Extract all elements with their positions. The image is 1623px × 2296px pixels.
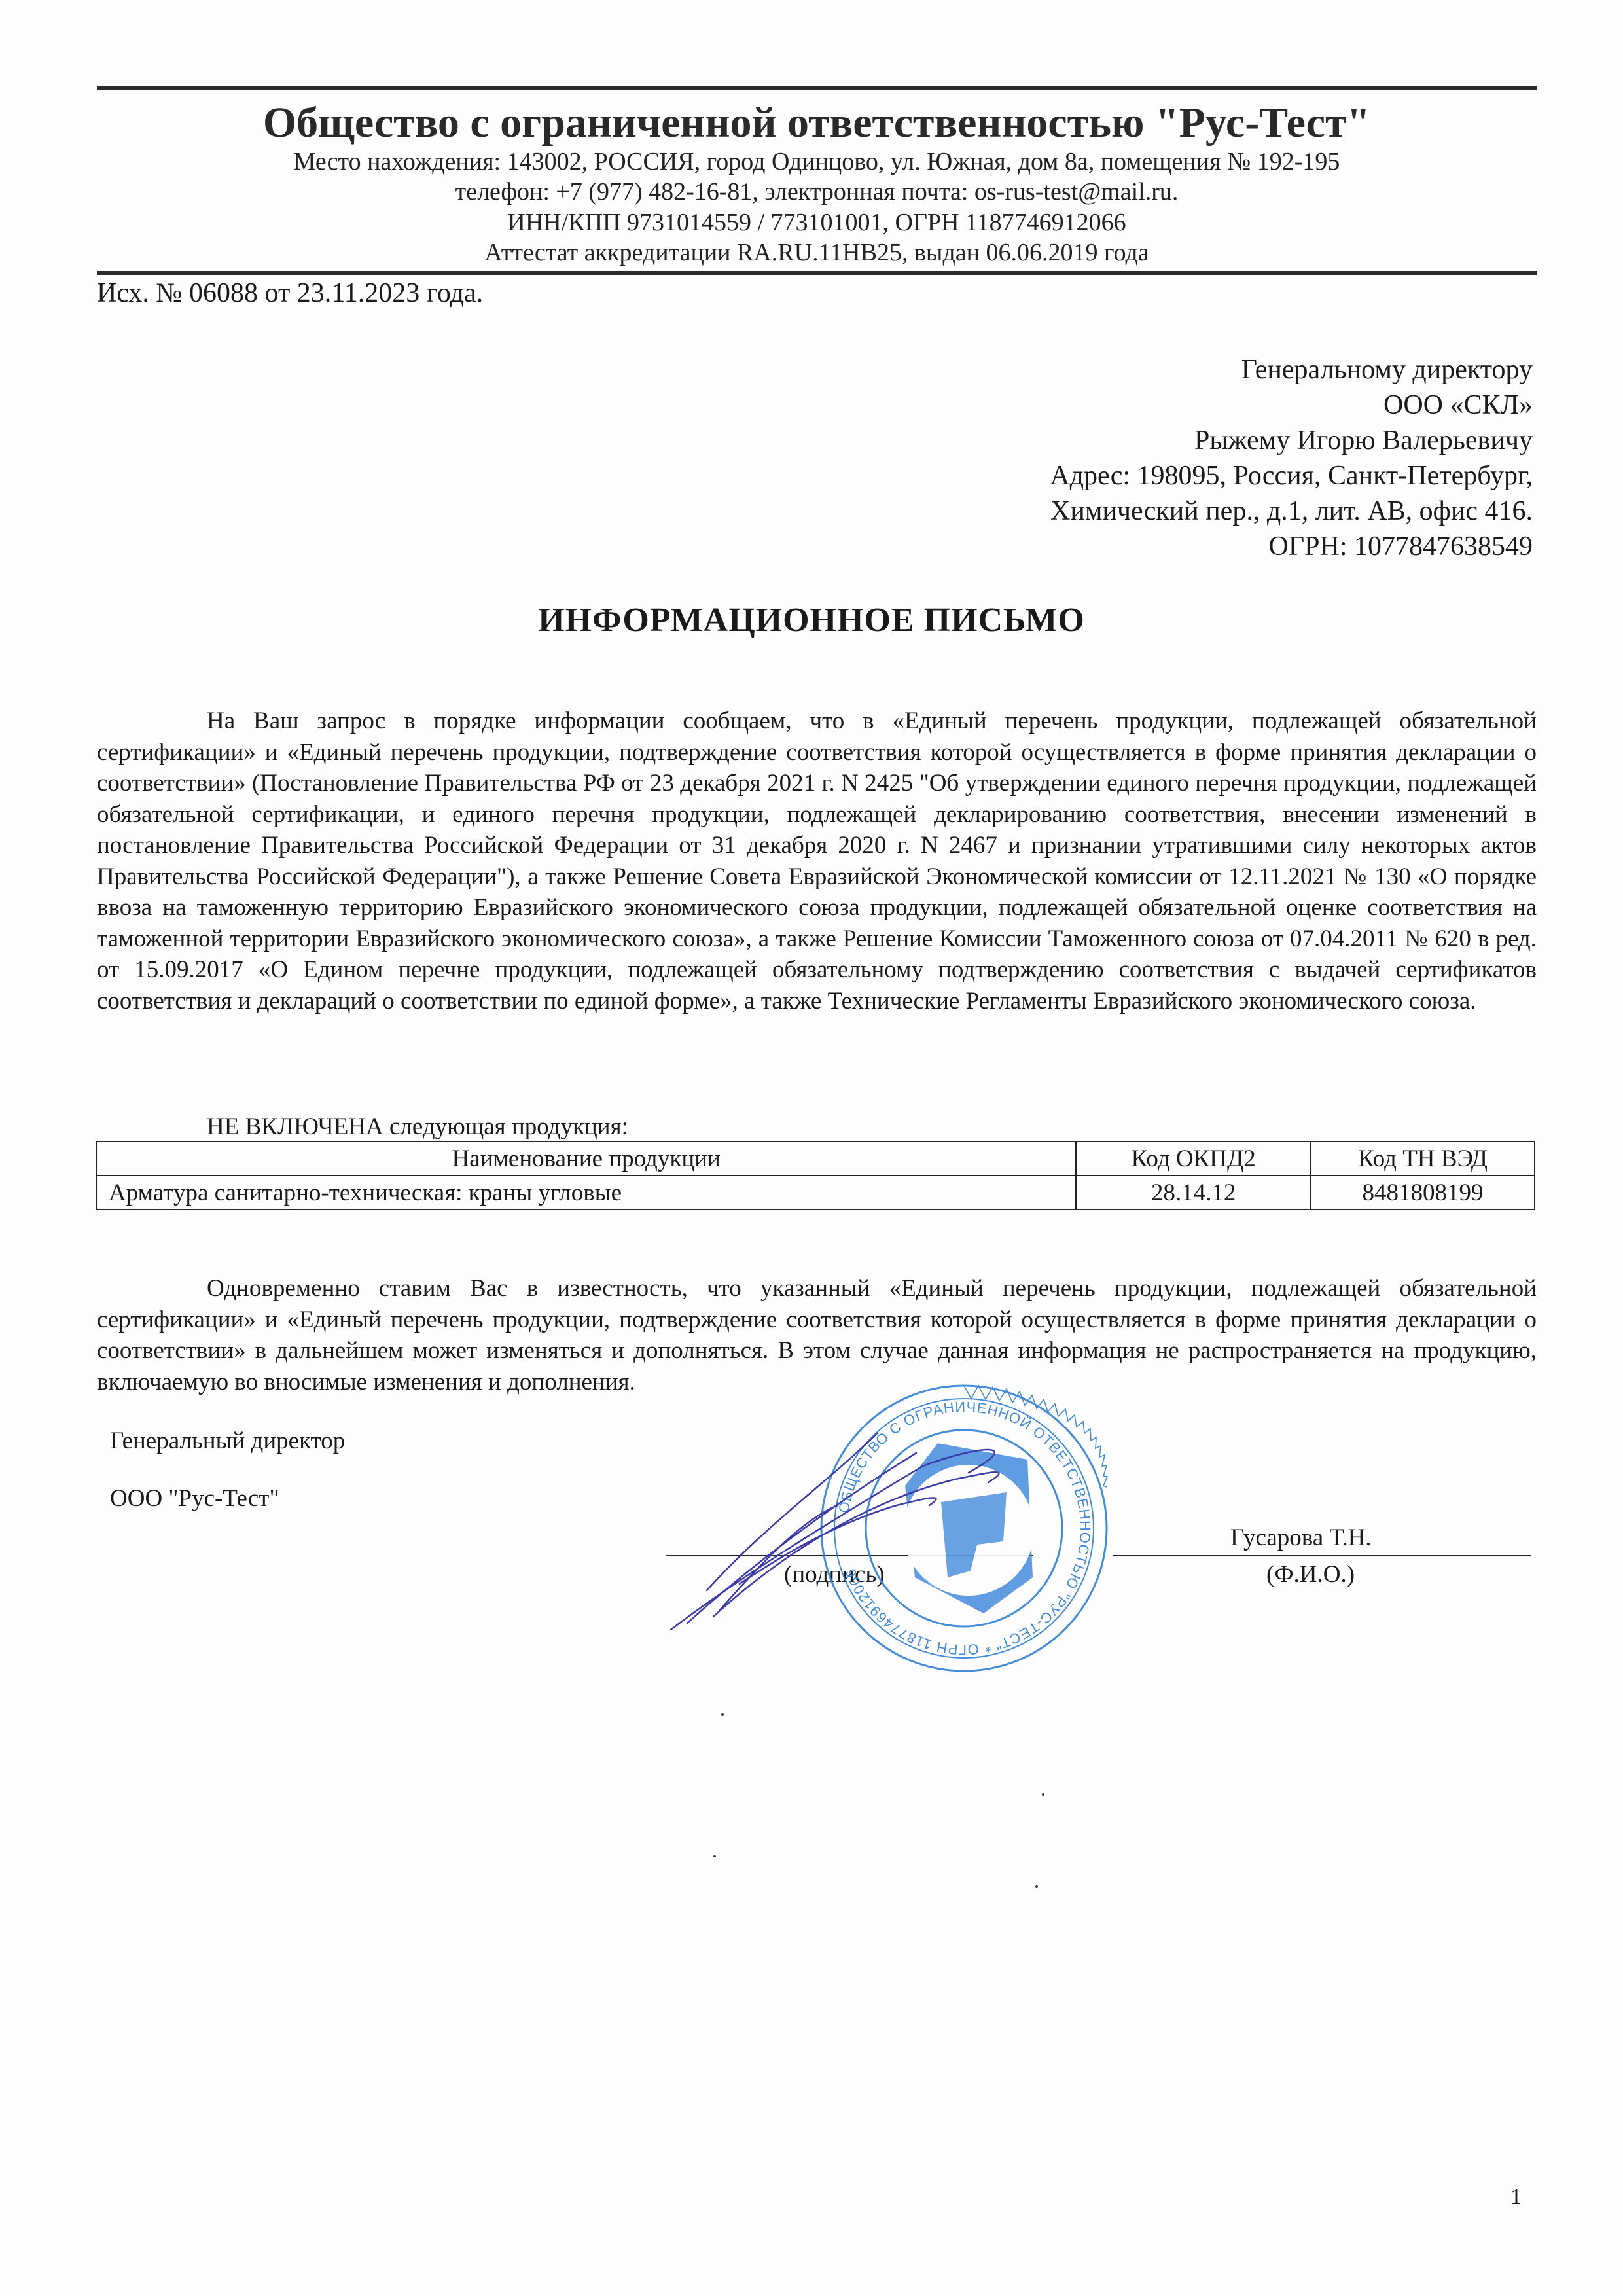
table-header-row: Наименование продукции Код ОКПД2 Код ТН … — [96, 1141, 1535, 1175]
company-contacts: телефон: +7 (977) 482-16-81, электронная… — [97, 177, 1537, 206]
scan-speck — [1042, 1793, 1044, 1796]
header-tnved: Код ТН ВЭД — [1311, 1141, 1535, 1175]
name-line — [1113, 1555, 1531, 1556]
body-paragraph-1: На Ваш запрос в порядке информации сообщ… — [97, 706, 1537, 1016]
letterhead-top-rule — [97, 86, 1537, 90]
addressee-line: Адрес: 198095, Россия, Санкт-Петербург, — [1050, 458, 1533, 493]
handwritten-signature-icon — [661, 1427, 1027, 1636]
company-address: Место нахождения: 143002, РОССИЯ, город … — [97, 147, 1537, 176]
addressee-line: Рыжему Игорю Валерьевичу — [1050, 423, 1533, 458]
outgoing-number: Исх. № 06088 от 23.11.2023 года. — [97, 278, 483, 309]
scan-speck — [1035, 1885, 1038, 1888]
letterhead-bottom-rule — [97, 271, 1537, 275]
scan-speck — [721, 1713, 724, 1716]
tnved-cell: 8481808199 — [1311, 1175, 1535, 1210]
addressee-block: Генеральному директору ООО «СКЛ» Рыжему … — [1050, 352, 1533, 564]
page-number: 1 — [1510, 2185, 1522, 2210]
signer-name: Гусарова Т.Н. — [1230, 1524, 1372, 1552]
name-caption: (Ф.И.О.) — [1266, 1560, 1355, 1588]
okpd2-cell: 28.14.12 — [1076, 1175, 1311, 1210]
product-name-cell: Арматура санитарно-техническая: краны уг… — [96, 1175, 1076, 1210]
addressee-line: ООО «СКЛ» — [1050, 387, 1533, 423]
company-registration: ИНН/КПП 9731014559 / 773101001, ОГРН 118… — [97, 208, 1537, 237]
signer-organization: ООО "Рус-Тест" — [110, 1484, 279, 1513]
table-row: Арматура санитарно-техническая: краны уг… — [96, 1175, 1535, 1210]
letter-page: Общество с ограниченной ответственностью… — [0, 0, 1623, 2296]
addressee-line: Генеральному директору — [1050, 352, 1533, 387]
scan-speck — [713, 1855, 716, 1857]
addressee-line: ОГРН: 1077847638549 — [1050, 529, 1533, 564]
header-okpd2: Код ОКПД2 — [1076, 1141, 1311, 1175]
company-accreditation: Аттестат аккредитации RA.RU.11НВ25, выда… — [97, 238, 1537, 267]
header-product-name: Наименование продукции — [96, 1141, 1076, 1175]
letter-title: ИНФОРМАЦИОННОЕ ПИСЬМО — [0, 601, 1623, 639]
company-name: Общество с ограниченной ответственностью… — [97, 98, 1537, 148]
body-paragraph-2: Одновременно ставим Вас в известность, ч… — [97, 1273, 1537, 1397]
addressee-line: Химический пер., д.1, лит. АВ, офис 416. — [1050, 493, 1533, 529]
signer-role: Генеральный директор — [110, 1427, 345, 1455]
products-table: Наименование продукции Код ОКПД2 Код ТН … — [96, 1141, 1535, 1210]
not-included-label: НЕ ВКЛЮЧЕНА следующая продукция: — [207, 1113, 628, 1141]
